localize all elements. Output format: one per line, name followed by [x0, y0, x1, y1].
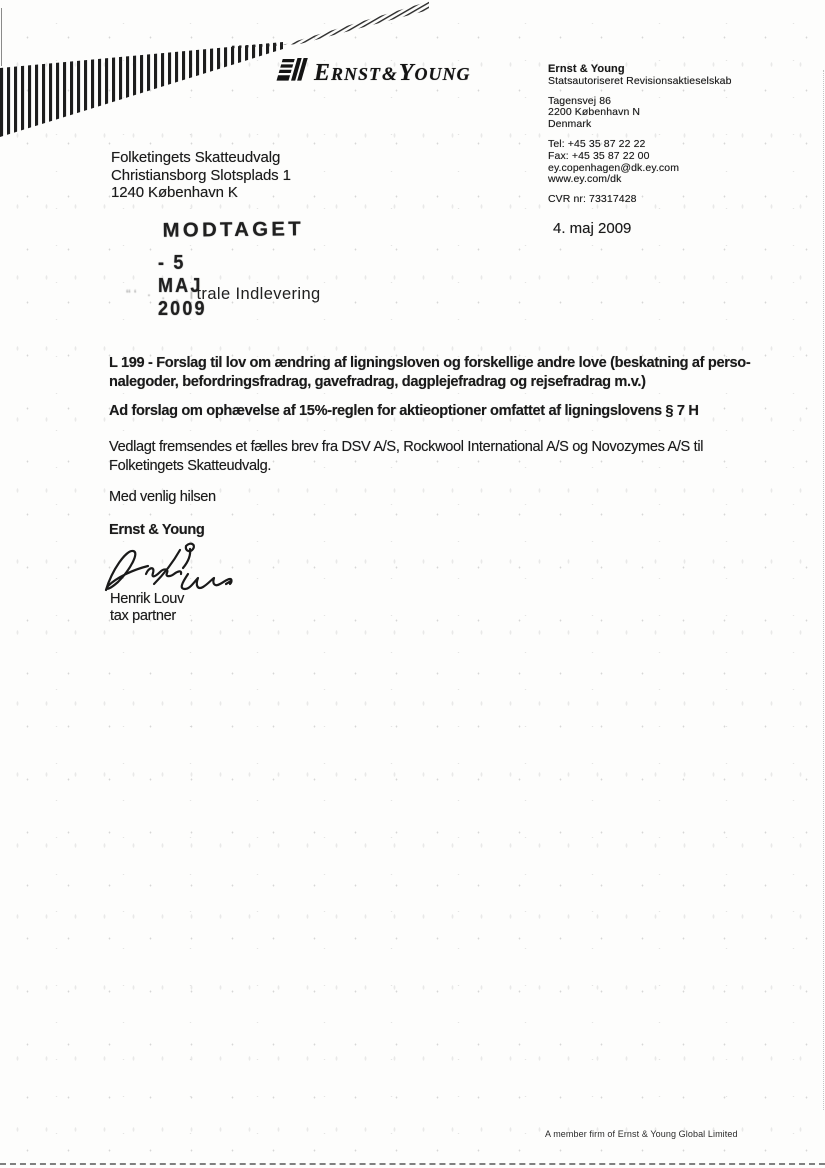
signer-name: Henrik Louv: [110, 590, 184, 609]
firm-address-line: Denmark: [548, 119, 732, 131]
body-paragraph: Vedlagt fremsendes et fælles brev fra DS…: [109, 438, 703, 475]
signature-firm-name: Ernst & Young: [109, 521, 204, 540]
subject-line: nalegoder, befordringsfradrag, gavefradr…: [109, 373, 750, 392]
scan-edge-artifact-bottom: [0, 1163, 825, 1165]
scan-edge-artifact-left: [1, 8, 2, 66]
closing-salutation: Med venlig hilsen: [109, 488, 216, 507]
stamp-smudged-prefix: “‘ · . ¸ ı: [126, 286, 196, 302]
body-line: Folketingets Skatteudvalg.: [109, 457, 703, 476]
recipient-line: Folketingets Skatteudvalg: [111, 149, 291, 167]
wordmark-part: E: [314, 60, 331, 86]
ad-paragraph: Ad forslag om ophævelse af 15%-reglen fo…: [109, 402, 699, 421]
subject-paragraph: L 199 - Forslag til lov om ændring af li…: [109, 354, 750, 391]
recipient-address: Folketingets Skatteudvalg Christiansborg…: [111, 149, 291, 202]
scan-edge-artifact-right: [823, 70, 824, 1110]
stamp-received-label: MODTAGET: [162, 218, 304, 242]
firm-phone: Tel: +45 35 87 22 22: [548, 139, 732, 151]
body-line: Vedlagt fremsendes et fælles brev fra DS…: [109, 438, 703, 457]
scanned-letter-page: ERNST&YOUNG Ernst & Young Statsautoriser…: [0, 0, 825, 1168]
wordmark-part: &: [381, 64, 399, 85]
recipient-line: Christiansborg Slotsplads 1: [111, 167, 291, 185]
firm-cvr: CVR nr: 73317428: [548, 194, 732, 206]
wordmark-part: Y: [399, 60, 415, 86]
stamp-office-text: trale Indlevering: [196, 285, 320, 303]
signer-name-text: Henrik Louv: [110, 590, 184, 609]
closing-line: Med venlig hilsen: [109, 488, 216, 507]
ernst-young-logo-icon: [276, 57, 308, 85]
signer-title-text: tax partner: [110, 607, 176, 626]
subject-line: L 199 - Forslag til lov om ændring af li…: [109, 354, 750, 373]
letter-date: 4. maj 2009: [553, 220, 631, 237]
ad-line: Ad forslag om ophævelse af 15%-reglen fo…: [109, 402, 699, 421]
stamp-office-line: “‘ · . ¸ ıtrale Indlevering: [126, 285, 321, 304]
recipient-line: 1240 København K: [111, 184, 291, 202]
wordmark-part: RNST: [331, 64, 381, 84]
firm-contact-block: Ernst & Young Statsautoriseret Revisions…: [548, 64, 732, 214]
signer-title: tax partner: [110, 607, 176, 626]
signature-firm: Ernst & Young: [109, 521, 204, 540]
firm-website: www.ey.com/dk: [548, 174, 732, 186]
ernst-young-logo: ERNST&YOUNG: [276, 57, 470, 85]
firm-subtitle: Statsautoriseret Revisionsaktieselskab: [548, 76, 732, 88]
wordmark-part: OUNG: [414, 64, 470, 84]
firm-fax: Fax: +45 35 87 22 00: [548, 151, 732, 163]
ernst-young-wordmark: ERNST&YOUNG: [314, 61, 470, 85]
member-firm-footer: A member firm of Ernst & Young Global Li…: [545, 1129, 738, 1139]
